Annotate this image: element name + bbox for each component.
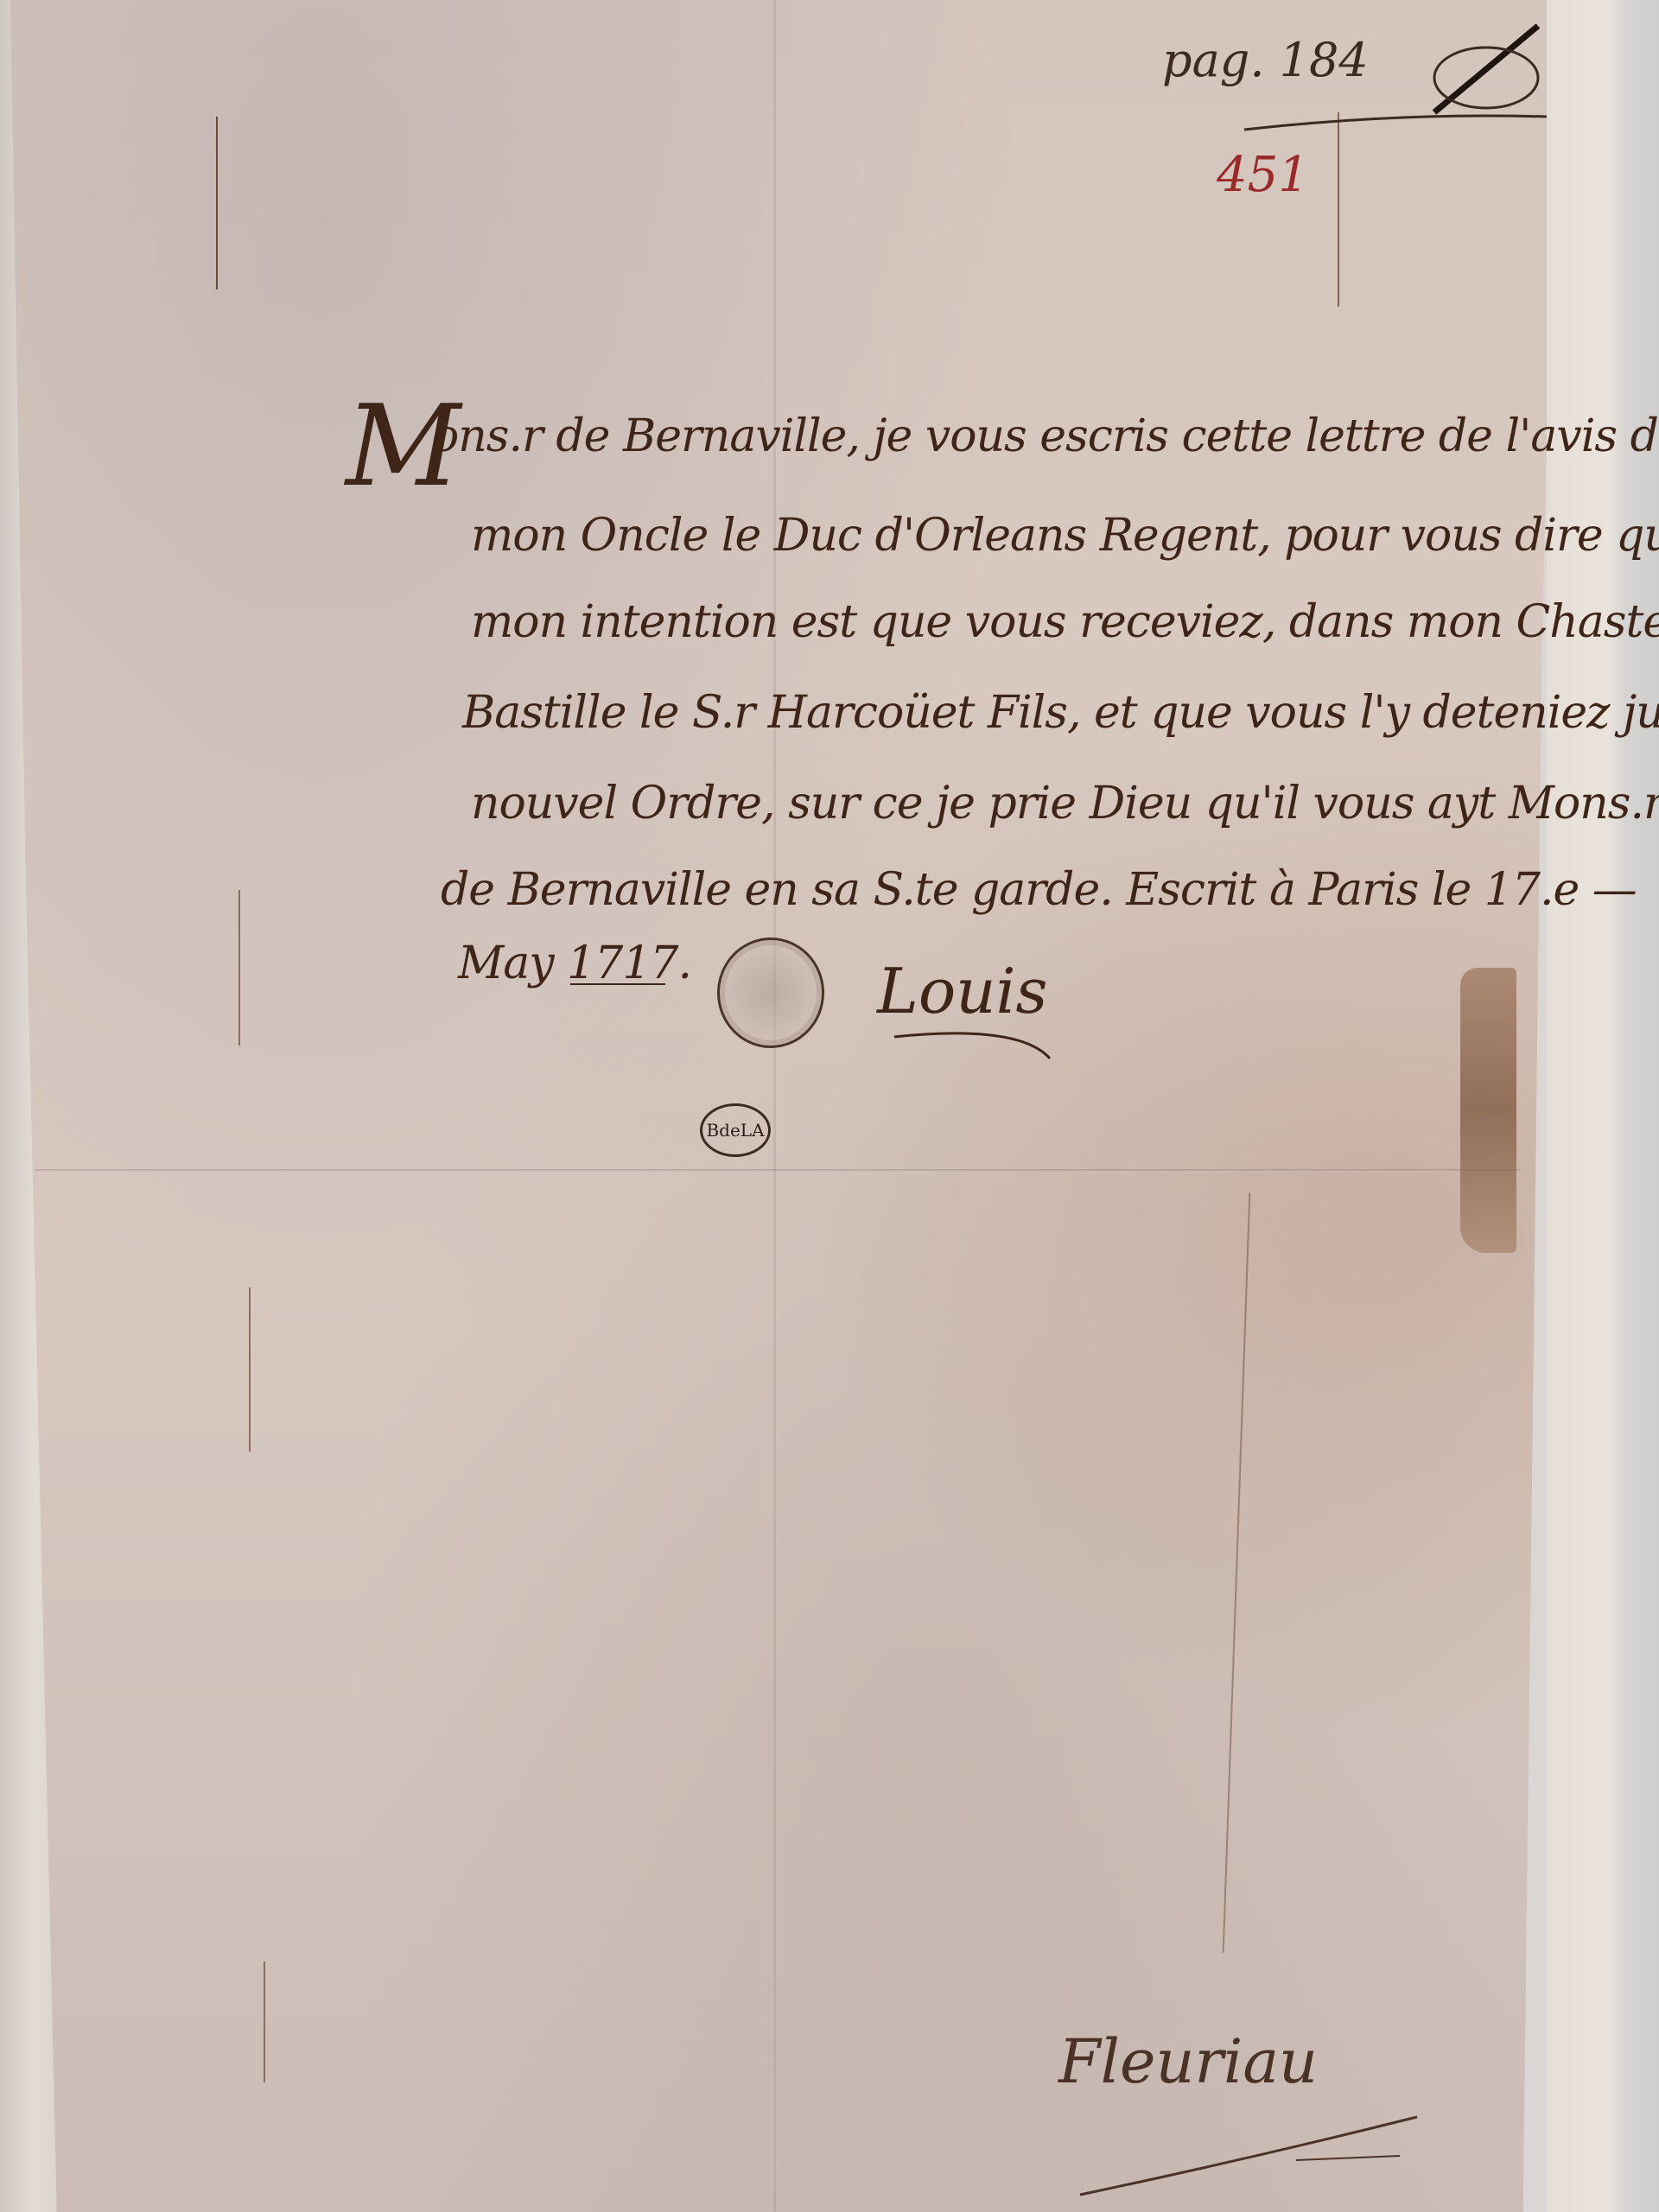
letter-line-3: mon intention est que vous receviez, dan… [471,596,1659,648]
horizontal-fold-line [35,1169,1521,1173]
margin-rule [216,117,218,289]
secretary-signature: Fleuriau [1058,2026,1318,2097]
secretary-paraph-icon [1071,2108,1434,2212]
letter-date: May 1717. [458,938,691,989]
letter-line-2: mon Oncle le Duc d'Orleans Regent, pour … [471,510,1659,562]
letter-line-5: nouvel Ordre, sur ce je prie Dieu qu'il … [471,778,1659,829]
folio-number: 451 [1217,147,1309,203]
letter-line-1: ons.r de Bernaville, je vous escris cett… [432,410,1659,462]
signature-underline-icon [890,1024,1063,1067]
edge-stain [1460,968,1516,1253]
king-signature: Louis [877,955,1048,1027]
letter-line-4: Bastille le S.r Harcoüet Fils, et que vo… [462,687,1659,739]
paraph-flourish-icon [1227,9,1555,147]
margin-rule [249,1287,251,1452]
date-underline [570,983,665,985]
manuscript-paper [10,0,1557,2212]
vertical-fold-line [773,0,776,2212]
archive-stamp: BdeLA [700,1103,771,1157]
letter-line-6: de Bernaville en sa S.te garde. Escrit à… [441,864,1637,916]
margin-rule [264,1961,265,2082]
wax-seal-icon [717,938,824,1048]
frame-mat-right [1547,0,1659,2212]
margin-rule [238,890,240,1046]
